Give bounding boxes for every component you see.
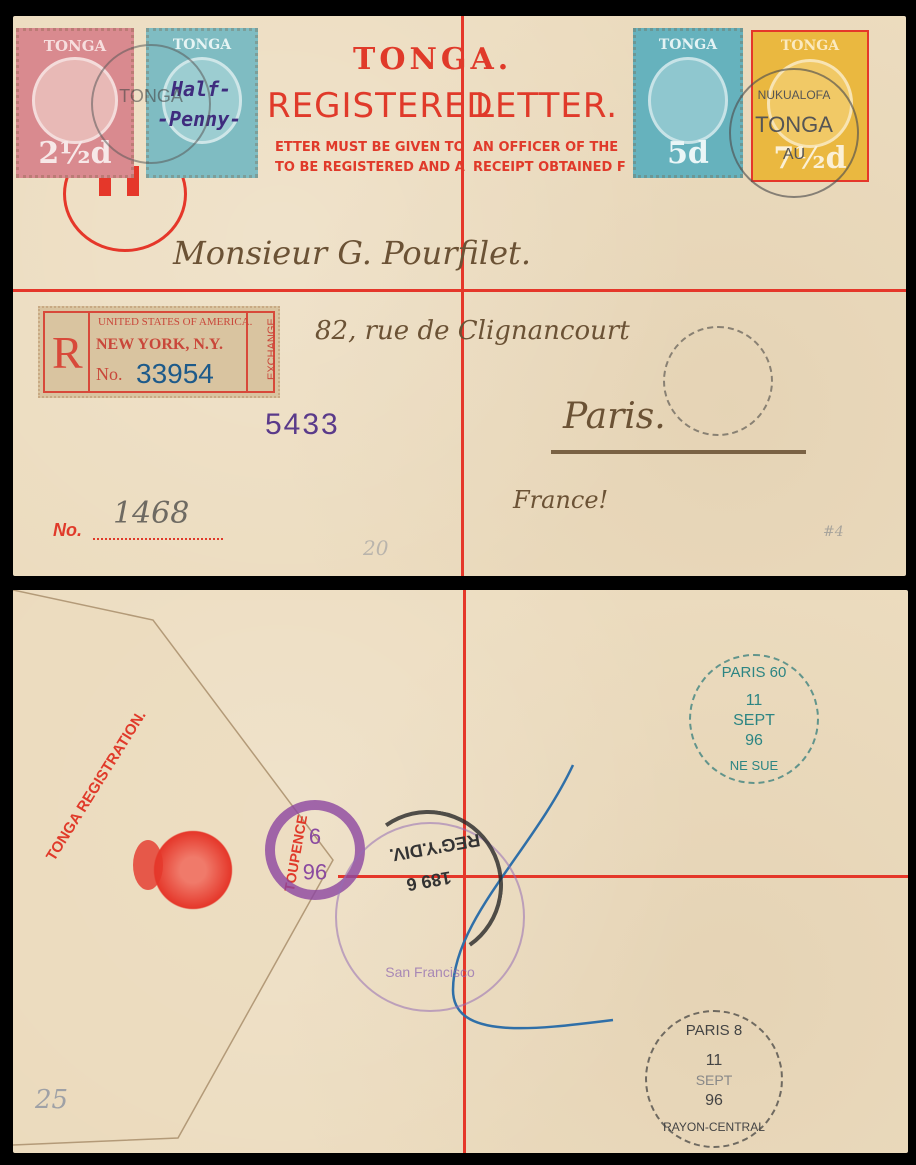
postmark-text: SEPT <box>691 712 817 730</box>
red-horizontal-line <box>13 289 906 292</box>
tonga-postmark-left: TONGA <box>91 44 211 164</box>
postmark-text: SEPT <box>647 1072 781 1088</box>
label-number-prefix: No. <box>96 364 123 385</box>
number-label: No. <box>53 520 82 541</box>
label-side-text: EXCHANGE. <box>266 320 278 380</box>
header-title: TONGA. <box>353 42 512 77</box>
stamp-5d: TONGA 5d <box>633 28 743 178</box>
postmark-text: PARIS 60 <box>691 664 817 681</box>
pencil-corner-note: #4 <box>823 524 844 540</box>
pencil-note-back: 25 <box>35 1085 68 1115</box>
postmark-text: RAYON-CENTRAL <box>647 1120 781 1134</box>
label-r-letter: R <box>52 326 83 379</box>
stamp-country: TONGA <box>636 37 740 53</box>
paris-postmark-front <box>663 326 773 436</box>
postmark-text: TONGA <box>93 86 209 107</box>
postmark-text: 11 <box>691 692 817 710</box>
letter-text: LETTER. <box>475 86 618 126</box>
label-line1: UNITED STATES OF AMERICA. <box>98 316 252 328</box>
instruction-line: RECEIPT OBTAINED F <box>473 160 626 175</box>
paris-60-postmark: PARIS 60 11 SEPT 96 NE SUE <box>689 654 819 784</box>
instruction-line: ETTER MUST BE GIVEN TO <box>275 140 465 155</box>
address-underline <box>551 450 806 454</box>
envelope-back: TONGA REGISTRATION. TOUPENCE 6 96 San Fr… <box>13 590 908 1153</box>
postmark-text: NUKUALOFA <box>731 88 857 102</box>
postmark-text: 96 <box>691 732 817 750</box>
postmark-text: PARIS 8 <box>647 1022 781 1039</box>
stamp-portrait <box>648 57 727 144</box>
number-dotted-line <box>93 538 223 540</box>
postmark-text: San Francisco <box>337 964 523 980</box>
instruction-line: TO BE REGISTERED AND A <box>275 160 465 175</box>
address-line-3: Paris. <box>563 396 666 437</box>
paris-8-postmark: PARIS 8 11 SEPT 96 RAYON-CENTRAL <box>645 1010 783 1148</box>
postmark-text: TONGA <box>731 112 857 138</box>
registered-text: REGISTERED <box>267 86 494 126</box>
postmark-text: 11 <box>647 1052 781 1070</box>
pencil-note: 20 <box>363 536 388 560</box>
address-line-4: France! <box>513 486 608 514</box>
handwritten-number: 1468 <box>113 496 189 531</box>
label-divider <box>88 313 90 391</box>
registration-label: R UNITED STATES OF AMERICA. NEW YORK, N.… <box>38 306 280 398</box>
postmark-text: 6 <box>275 824 355 850</box>
address-line-1: Monsieur G. Pourfilet. <box>173 234 531 272</box>
instruction-line: AN OFFICER OF THE <box>473 140 618 155</box>
postmark-text: 96 <box>647 1092 781 1110</box>
label-line2: NEW YORK, N.Y. <box>96 336 223 354</box>
nukualofa-postmark: NUKUALOFA TONGA AU <box>729 68 859 198</box>
stamp-country: TONGA <box>753 38 867 54</box>
postmark-text: AU <box>731 146 857 164</box>
stamp-value: 5d <box>636 136 740 171</box>
postmark-text: NE SUE <box>691 758 817 773</box>
envelope-front: TONGA. REGISTERED LETTER. ETTER MUST BE … <box>13 16 906 576</box>
purple-number: 5433 <box>265 408 340 442</box>
address-line-2: 82, rue de Clignancourt <box>315 316 630 346</box>
tonga-coat-of-arms <box>133 820 243 920</box>
label-number: 33954 <box>136 358 214 390</box>
stamp-country: TONGA <box>19 37 131 55</box>
